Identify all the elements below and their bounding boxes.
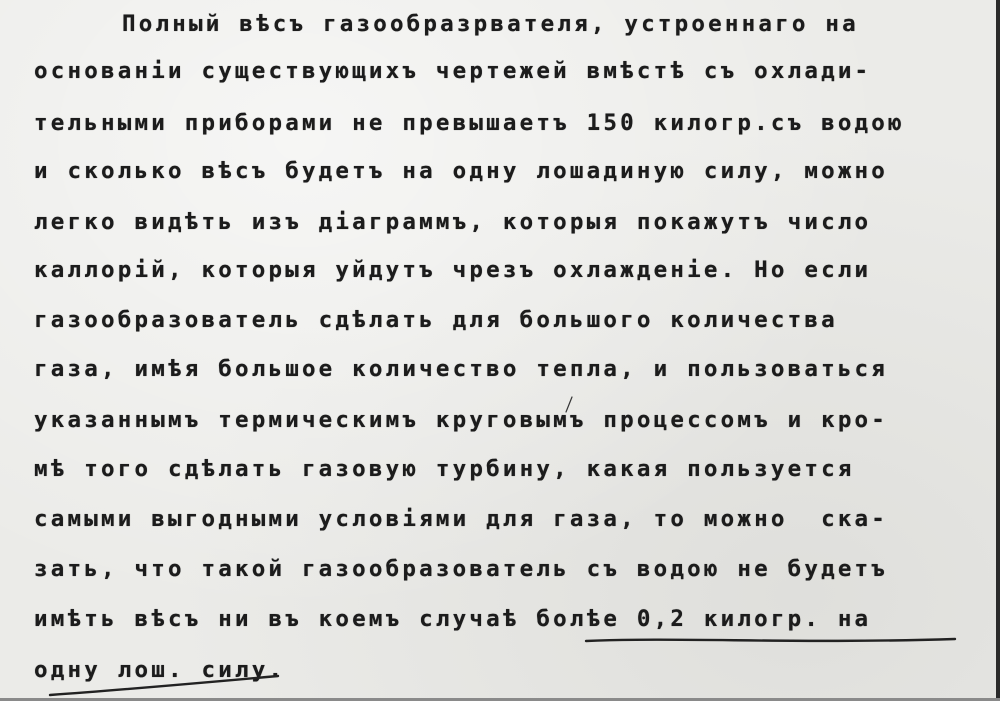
text-line: основанiи существующихъ чертежей вмѣстѣ … xyxy=(34,60,871,83)
scan-edge-right xyxy=(996,0,1000,701)
text-line: самыми выгодными условiями для газа, то … xyxy=(34,508,888,531)
text-line: каллорiй, которыя уйдутъ чрезъ охлажденi… xyxy=(34,259,871,282)
text-line: мѣ того сдѣлать газовую турбину, какая п… xyxy=(34,458,855,481)
text-line: зать, что такой газообразователь съ водо… xyxy=(34,558,888,581)
pen-underline-1 xyxy=(586,639,955,641)
text-line: одну лош. силу. xyxy=(34,659,285,682)
text-line: Полный вѣсъ газообразрвателя, устроеннаг… xyxy=(122,13,859,36)
text-line: газообразователь сдѣлать для большого ко… xyxy=(34,309,838,332)
text-line: тельными приборами не превышаетъ 150 кил… xyxy=(34,112,905,135)
text-line: указаннымъ термическимъ круговымъ процес… xyxy=(34,409,888,432)
handwritten-underlines xyxy=(0,0,1000,701)
text-line: легко видѣть изъ дiаграммъ, которыя пока… xyxy=(34,211,871,234)
text-line: имѣть вѣсъ ни въ коемъ случаѣ болѣе 0,2 … xyxy=(34,608,871,631)
text-line: и сколько вѣсъ будетъ на одну лошадиную … xyxy=(34,160,888,183)
text-line: газа, имѣя большое количество тепла, и п… xyxy=(34,358,888,381)
document-page: Полный вѣсъ газообразрвателя, устроеннаг… xyxy=(0,0,1000,701)
